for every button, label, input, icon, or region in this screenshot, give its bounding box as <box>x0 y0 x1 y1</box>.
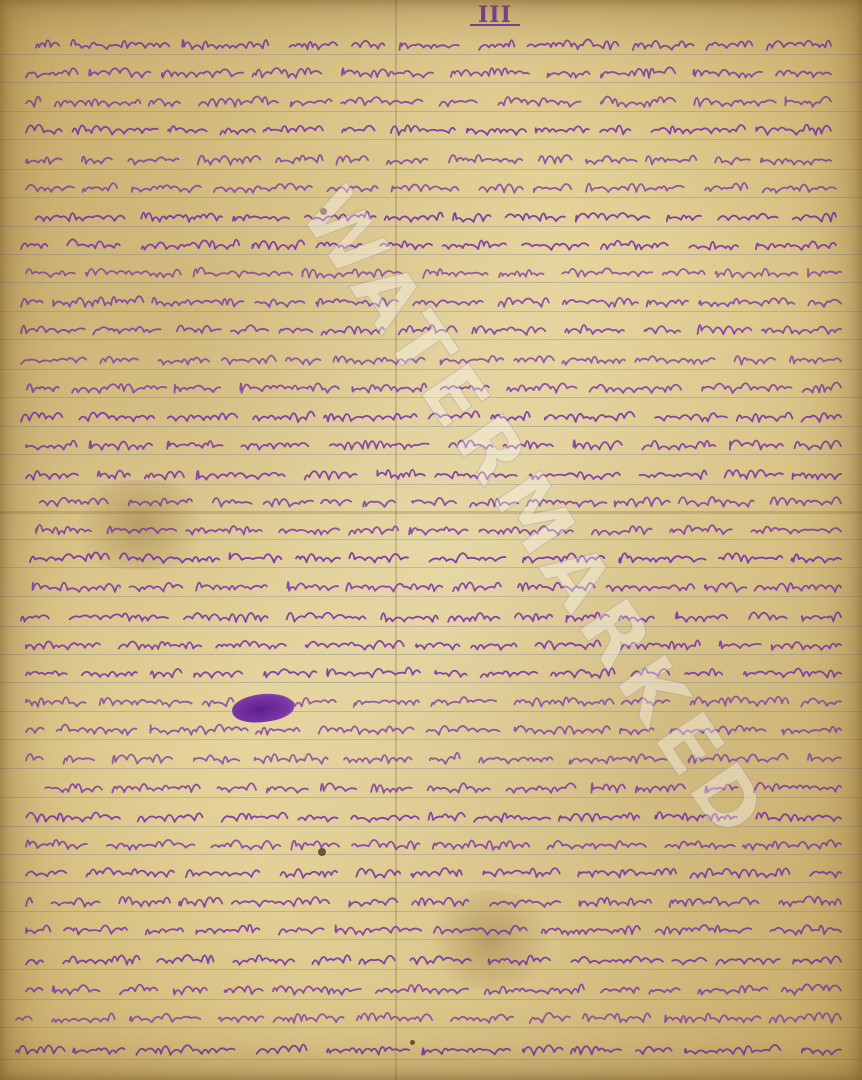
handwritten-line <box>20 947 845 969</box>
ruled-line <box>0 169 862 170</box>
handwritten-line <box>20 89 835 111</box>
letter-page: III WATERMARKED <box>0 0 862 1080</box>
dark-spot <box>318 848 326 856</box>
ruled-line <box>0 454 862 455</box>
ruled-line <box>0 854 862 855</box>
handwritten-line <box>20 977 845 999</box>
handwritten-line <box>20 917 845 939</box>
handwritten-line <box>20 60 835 82</box>
ruled-line <box>0 682 862 683</box>
ruled-line <box>0 1059 862 1060</box>
ruled-line <box>0 82 862 83</box>
handwritten-line <box>10 1037 845 1059</box>
ruled-line <box>0 711 862 712</box>
handwritten-line <box>20 574 845 596</box>
handwritten-line <box>20 260 845 282</box>
handwritten-line <box>20 889 845 911</box>
ruled-line <box>0 882 862 883</box>
handwritten-line <box>10 1005 845 1027</box>
handwritten-line <box>20 117 835 139</box>
ruled-line <box>0 1027 862 1028</box>
ruled-line <box>0 596 862 597</box>
ruled-line <box>0 139 862 140</box>
handwritten-line <box>20 632 845 654</box>
ruled-line <box>0 111 862 112</box>
ruled-line <box>0 254 862 255</box>
ruled-line <box>0 654 862 655</box>
ruled-line <box>0 626 862 627</box>
handwritten-line <box>20 860 845 882</box>
dark-spot <box>410 1040 415 1045</box>
handwritten-line <box>30 517 845 539</box>
handwritten-line <box>20 660 845 682</box>
handwritten-line <box>20 147 835 169</box>
ruled-line <box>0 226 862 227</box>
handwritten-line <box>30 32 835 54</box>
handwritten-line <box>15 232 840 254</box>
handwritten-line <box>15 604 845 626</box>
ruled-line <box>0 999 862 1000</box>
handwritten-line <box>20 175 840 197</box>
handwritten-line <box>15 489 845 511</box>
handwritten-line <box>20 689 845 711</box>
ruled-line <box>0 54 862 55</box>
handwritten-line <box>20 462 845 484</box>
handwritten-line <box>15 204 840 226</box>
ruled-line <box>0 969 862 970</box>
ruled-line <box>0 197 862 198</box>
handwritten-line <box>20 545 845 567</box>
page-number: III <box>478 2 512 28</box>
